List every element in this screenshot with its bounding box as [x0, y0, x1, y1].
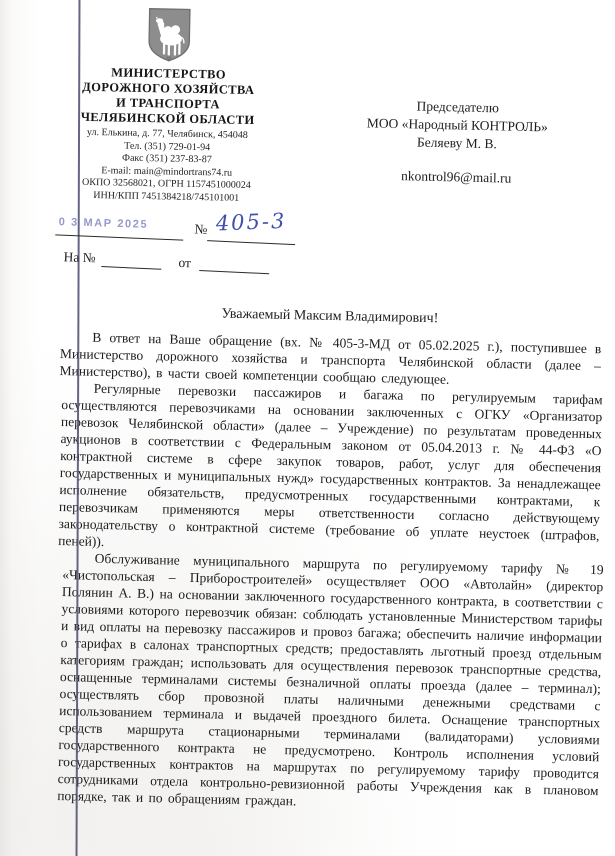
letter-body: В ответ на Ваше обращение (вх. № 405-3-М… [60, 328, 601, 804]
outgoing-number-handwritten: 405-3 [215, 209, 286, 236]
number-label: № [194, 221, 207, 237]
salutation: Уважаемый Максим Владимирович! [60, 303, 600, 331]
body-paragraph: Регулярные перевозки пассажиров и багажа… [58, 379, 603, 561]
outgoing-reference-row: 0 3 МАР 2025 № 405-3 [55, 212, 336, 251]
recipient-email: nkontrol96@mail.ru [351, 166, 561, 189]
number-underline [207, 240, 295, 245]
reference-block: 0 3 МАР 2025 № 405-3 На № от [54, 212, 336, 283]
date-underline [55, 234, 183, 240]
scanned-letter-page: МИНИСТЕРСТВО ДОРОЖНОГО ХОЗЯЙСТВА И ТРАНС… [0, 0, 615, 856]
reply-number-underline [101, 266, 161, 270]
coat-of-arms-icon [144, 6, 195, 63]
recipient-block: Председателю МОО «Народный КОНТРОЛЬ» Бел… [351, 96, 563, 189]
ministry-contact-info: ул. Елькина, д. 77, Челябинск, 454048 Те… [38, 126, 295, 206]
reply-date-underline [199, 270, 269, 274]
incoming-reference-row: На № от [54, 246, 335, 279]
body-paragraph: Обслуживание муниципального маршрута по … [57, 549, 604, 816]
reply-date-label: от [178, 255, 191, 271]
date-stamp: 0 3 МАР 2025 [58, 216, 148, 231]
reply-number-label: На № [63, 249, 95, 266]
